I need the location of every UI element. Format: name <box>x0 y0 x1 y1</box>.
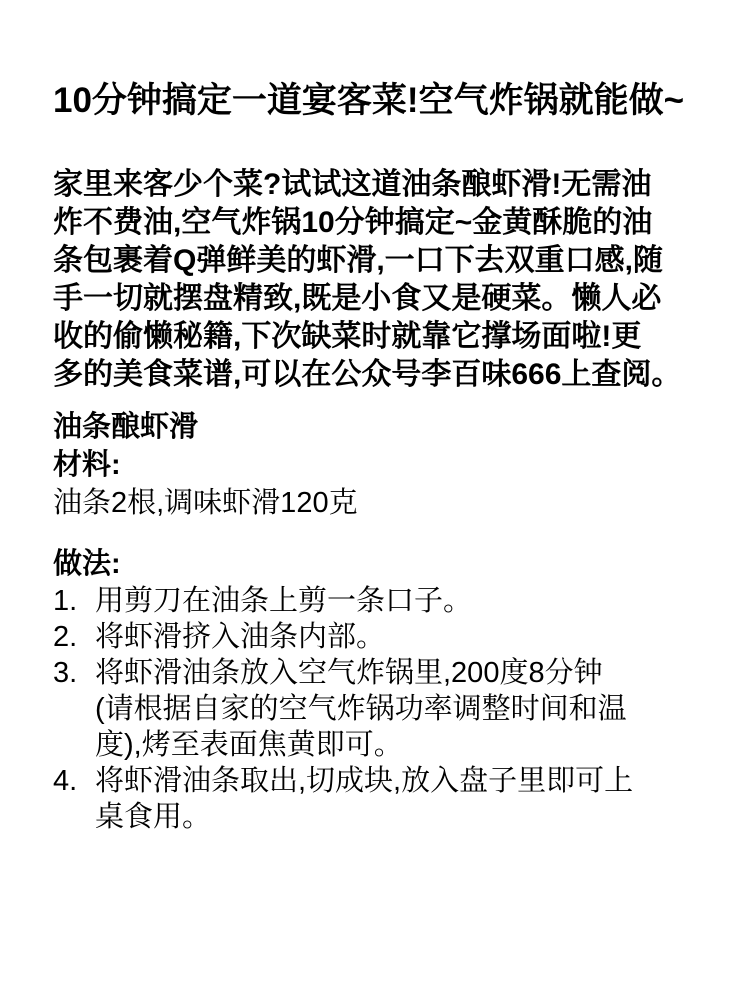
step-text: 用剪刀在油条上剪一条口子。 <box>95 583 695 619</box>
step-item-4: 4. 将虾滑油条取出,切成块,放入盘子里即可上 桌食用。 <box>53 763 695 835</box>
step-text: 将虾滑油条取出,切成块,放入盘子里即可上 桌食用。 <box>95 763 695 835</box>
steps-list: 1. 用剪刀在油条上剪一条口子。 2. 将虾滑挤入油条内部。 3. 将虾滑油条放… <box>53 583 695 835</box>
intro-line: 家里来客少个菜?试试这道油条酿虾滑!无需油 <box>53 166 695 204</box>
intro-line: 收的偷懒秘籍,下次缺菜时就靠它撑场面啦!更 <box>53 318 695 356</box>
step-item-3: 3. 将虾滑油条放入空气炸锅里,200度8分钟 (请根据自家的空气炸锅功率调整时… <box>53 655 695 763</box>
step-line: (请根据自家的空气炸锅功率调整时间和温 <box>95 691 695 727</box>
page-title: 10分钟搞定一道宴客菜!空气炸锅就能做~ <box>53 80 695 122</box>
recipe-document-page: 10分钟搞定一道宴客菜!空气炸锅就能做~ 家里来客少个菜?试试这道油条酿虾滑!无… <box>0 0 741 983</box>
step-text: 将虾滑挤入油条内部。 <box>95 619 695 655</box>
step-line: 用剪刀在油条上剪一条口子。 <box>95 583 695 619</box>
step-line: 将虾滑油条放入空气炸锅里,200度8分钟 <box>95 655 695 691</box>
step-item-2: 2. 将虾滑挤入油条内部。 <box>53 619 695 655</box>
step-number: 4. <box>53 763 95 799</box>
recipe-name: 油条酿虾滑 <box>53 408 695 446</box>
steps-label: 做法: <box>53 545 695 583</box>
intro-line: 手一切就摆盘精致,既是小食又是硬菜。懒人必 <box>53 280 695 318</box>
step-line: 将虾滑油条取出,切成块,放入盘子里即可上 <box>95 763 695 799</box>
materials-label: 材料: <box>53 446 695 484</box>
step-number: 2. <box>53 619 95 655</box>
step-number: 3. <box>53 655 95 691</box>
step-item-1: 1. 用剪刀在油条上剪一条口子。 <box>53 583 695 619</box>
step-text: 将虾滑油条放入空气炸锅里,200度8分钟 (请根据自家的空气炸锅功率调整时间和温… <box>95 655 695 763</box>
materials-text: 油条2根,调味虾滑120克 <box>53 484 695 522</box>
intro-line: 炸不费油,空气炸锅10分钟搞定~金黄酥脆的油 <box>53 204 695 242</box>
step-line: 桌食用。 <box>95 799 695 835</box>
intro-paragraph: 家里来客少个菜?试试这道油条酿虾滑!无需油 炸不费油,空气炸锅10分钟搞定~金黄… <box>53 166 695 394</box>
step-line: 将虾滑挤入油条内部。 <box>95 619 695 655</box>
step-line: 度),烤至表面焦黄即可。 <box>95 727 695 763</box>
step-number: 1. <box>53 583 95 619</box>
intro-line: 多的美食菜谱,可以在公众号李百味666上查阅。 <box>53 356 695 394</box>
intro-line: 条包裹着Q弹鲜美的虾滑,一口下去双重口感,随 <box>53 242 695 280</box>
